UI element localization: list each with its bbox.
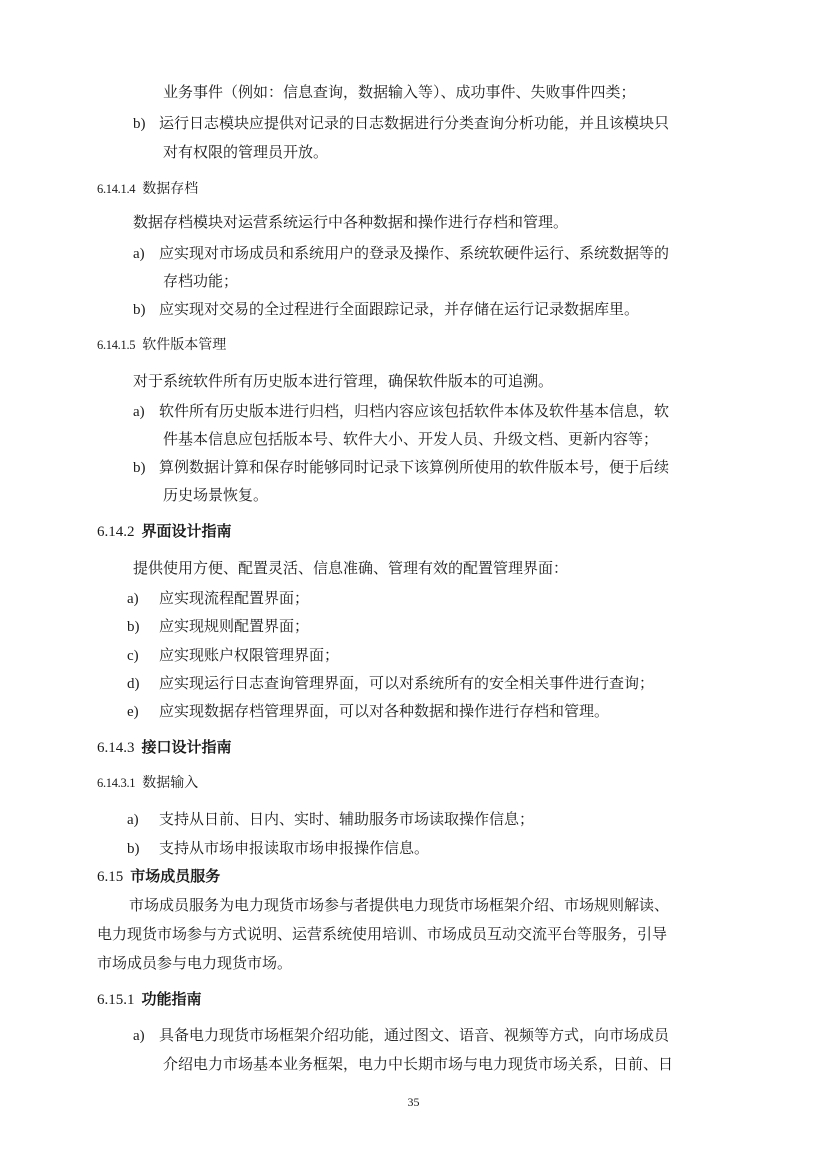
list-marker: a)	[133, 244, 159, 264]
list-item-continuation: 历史场景恢复。	[163, 485, 268, 505]
section-number: 6.14.3.1	[97, 776, 135, 790]
list-item: d)应实现运行日志查询管理界面，可以对系统所有的安全相关事件进行查询；	[127, 673, 654, 694]
list-item-text: 应实现运行日志查询管理界面，可以对系统所有的安全相关事件进行查询；	[159, 674, 654, 692]
list-item: a)具备电力现货市场框架介绍功能，通过图文、语音、视频等方式，向市场成员	[133, 1025, 669, 1046]
list-item-text: 应实现账户权限管理界面；	[159, 646, 339, 664]
list-marker: a)	[133, 402, 159, 422]
list-marker: a)	[133, 1026, 159, 1046]
section-heading-6-14-1-4: 6.14.1.4数据存档	[97, 179, 198, 199]
section-number: 6.14.2	[97, 524, 135, 540]
list-item-continuation: 业务事件（例如：信息查询，数据输入等）、成功事件、失败事件四类；	[163, 82, 636, 102]
paragraph-continuation: 电力现货市场参与方式说明、运营系统使用培训、市场成员互动交流平台等服务，引导	[97, 924, 667, 944]
list-item: a)应实现流程配置界面；	[127, 588, 309, 609]
list-marker: b)	[133, 458, 159, 478]
section-number: 6.14.1.4	[97, 182, 135, 196]
list-item: b)应实现规则配置界面；	[127, 616, 309, 637]
paragraph: 对于系统软件所有历史版本进行管理，确保软件版本的可追溯。	[133, 371, 553, 391]
list-item-text: 运行日志模块应提供对记录的日志数据进行分类查询分析功能，并且该模块只	[159, 114, 669, 132]
section-heading-6-14-3-1: 6.14.3.1数据输入	[97, 773, 198, 793]
list-item-text: 应实现对市场成员和系统用户的登录及操作、系统软硬件运行、系统数据等的	[159, 244, 669, 262]
list-item-continuation: 存档功能；	[163, 271, 238, 291]
list-marker: b)	[127, 839, 159, 859]
list-marker: d)	[127, 674, 159, 694]
section-title: 接口设计指南	[142, 738, 232, 756]
list-item-continuation: 件基本信息应包括版本号、软件大小、开发人员、升级文档、更新内容等；	[163, 429, 658, 449]
list-item-continuation: 介绍电力市场基本业务框架，电力中长期市场与电力现货市场关系，日前、日	[163, 1054, 673, 1074]
list-item-text: 应实现流程配置界面；	[159, 589, 309, 607]
list-item: a)软件所有历史版本进行归档，归档内容应该包括软件本体及软件基本信息，软	[133, 401, 669, 422]
list-item: c)应实现账户权限管理界面；	[127, 645, 339, 666]
list-item: a)应实现对市场成员和系统用户的登录及操作、系统软硬件运行、系统数据等的	[133, 243, 669, 264]
section-number: 6.14.1.5	[97, 338, 135, 352]
section-heading-6-14-2: 6.14.2界面设计指南	[97, 521, 232, 542]
section-heading-6-14-1-5: 6.14.1.5软件版本管理	[97, 335, 226, 355]
section-heading-6-15: 6.15市场成员服务	[97, 866, 220, 887]
section-number: 6.15	[97, 869, 123, 885]
paragraph: 数据存档模块对运营系统运行中各种数据和操作进行存档和管理。	[133, 212, 568, 232]
section-heading-6-14-3: 6.14.3接口设计指南	[97, 737, 232, 758]
list-marker: b)	[127, 617, 159, 637]
section-title: 软件版本管理	[142, 337, 226, 353]
list-item: b)应实现对交易的全过程进行全面跟踪记录，并存储在运行记录数据库里。	[133, 299, 639, 320]
list-item: a)支持从日前、日内、实时、辅助服务市场读取操作信息；	[127, 809, 534, 830]
list-marker: e)	[127, 702, 159, 722]
list-marker: c)	[127, 646, 159, 666]
list-item-text: 支持从日前、日内、实时、辅助服务市场读取操作信息；	[159, 810, 534, 828]
list-item-text: 应实现规则配置界面；	[159, 617, 309, 635]
section-title: 市场成员服务	[130, 867, 220, 885]
paragraph-continuation: 市场成员参与电力现货市场。	[97, 953, 292, 973]
section-title: 界面设计指南	[142, 522, 232, 540]
page-number: 35	[0, 1095, 827, 1110]
section-number: 6.15.1	[97, 992, 135, 1008]
list-item: e)应实现数据存档管理界面，可以对各种数据和操作进行存档和管理。	[127, 701, 609, 722]
list-item-text: 支持从市场申报读取市场申报操作信息。	[159, 839, 429, 857]
list-item-text: 软件所有历史版本进行归档，归档内容应该包括软件本体及软件基本信息，软	[159, 402, 669, 420]
section-number: 6.14.3	[97, 740, 135, 756]
list-marker: b)	[133, 300, 159, 320]
section-title: 功能指南	[142, 990, 202, 1008]
list-item-text: 应实现数据存档管理界面，可以对各种数据和操作进行存档和管理。	[159, 702, 609, 720]
list-item-continuation: 对有权限的管理员开放。	[163, 142, 328, 162]
list-marker: b)	[133, 114, 159, 134]
paragraph: 市场成员服务为电力现货市场参与者提供电力现货市场框架介绍、市场规则解读、	[129, 895, 669, 915]
section-heading-6-15-1: 6.15.1功能指南	[97, 989, 202, 1010]
list-item: b)支持从市场申报读取市场申报操作信息。	[127, 838, 429, 859]
section-title: 数据存档	[142, 181, 198, 197]
section-title: 数据输入	[142, 775, 198, 791]
list-item-text: 算例数据计算和保存时能够同时记录下该算例所使用的软件版本号，便于后续	[159, 458, 669, 476]
list-item: b)运行日志模块应提供对记录的日志数据进行分类查询分析功能，并且该模块只	[133, 113, 669, 134]
list-item-text: 具备电力现货市场框架介绍功能，通过图文、语音、视频等方式，向市场成员	[159, 1026, 669, 1044]
list-marker: a)	[127, 589, 159, 609]
paragraph: 提供使用方便、配置灵活、信息准确、管理有效的配置管理界面：	[133, 558, 568, 578]
list-item-text: 应实现对交易的全过程进行全面跟踪记录，并存储在运行记录数据库里。	[159, 300, 639, 318]
list-marker: a)	[127, 810, 159, 830]
list-item: b)算例数据计算和保存时能够同时记录下该算例所使用的软件版本号，便于后续	[133, 457, 669, 478]
